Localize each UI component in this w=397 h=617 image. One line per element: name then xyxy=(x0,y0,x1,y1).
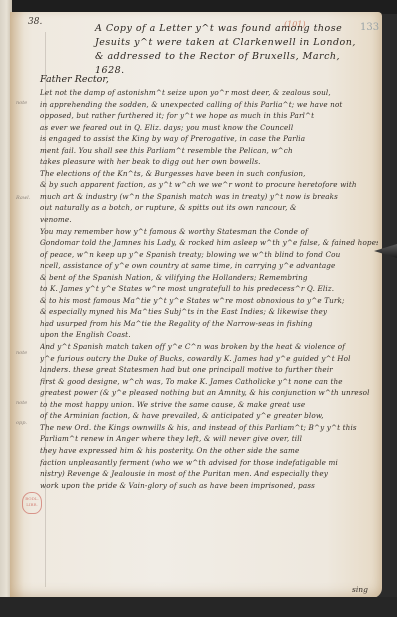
catchword: sing xyxy=(352,585,368,594)
body-line: upon the English Coast. xyxy=(40,329,378,341)
margin-note: note xyxy=(16,100,27,106)
body-line: And y^t Spanish match taken off y^e C^n … xyxy=(40,341,378,353)
body-line: is engaged to assist the King by way of … xyxy=(40,133,378,145)
scan-bottom-border xyxy=(0,597,397,617)
letter-heading: A Copy of a Letter y^t was found among t… xyxy=(95,22,365,78)
body-line: The new Ord. the Kings ownwills & his, a… xyxy=(40,422,378,434)
margin-note: note xyxy=(16,400,27,406)
folio-number-left: 38. xyxy=(28,17,42,27)
body-line: to K. James y^t y^e States w^re most ung… xyxy=(40,283,378,295)
body-line: & bent of the Spanish Nation, & vilifyin… xyxy=(40,272,378,284)
body-line: ncell, assistance of y^e own country at … xyxy=(40,260,378,272)
body-line: had usurped from his Ma^tie the Regality… xyxy=(40,318,378,330)
body-line: & by such apparent faction, as y^t w^ch … xyxy=(40,179,378,191)
body-line: out naturally as a botch, or rupture, & … xyxy=(40,202,378,214)
body-line: in apprehending the sodden, & unexpected… xyxy=(40,99,378,111)
body-line: Let not the damp of astonishm^t seize up… xyxy=(40,87,378,99)
body-line: first & good designe, w^ch was, To make … xyxy=(40,376,378,388)
body-line: & especially myned his Ma^ties Subj^ts i… xyxy=(40,306,378,318)
body-line: You may remember how y^t famous & worthy… xyxy=(40,226,378,238)
heading-line: A Copy of a Letter y^t was found among t… xyxy=(95,22,365,36)
body-line: to the most happy union. We strive the s… xyxy=(40,399,378,411)
body-line: of the Arminian faction, & have prevaile… xyxy=(40,410,378,422)
heading-line: & addressed to the Rector of Bruxells, M… xyxy=(95,50,365,78)
body-line: of peace, w^n keep up y^e Spanish treaty… xyxy=(40,249,378,261)
body-line: takes pleasure with her beak to digg out… xyxy=(40,156,378,168)
body-line: they have expressed him & his posterity.… xyxy=(40,445,378,457)
margin-note: Rawl. xyxy=(16,195,30,201)
body-line: nistry) Revenge & Jealousie in most of t… xyxy=(40,468,378,480)
heading-line: Jesuits y^t were taken at Clarkenwell in… xyxy=(95,36,365,50)
body-line: & to his most famous Ma^tie y^t y^e Stat… xyxy=(40,295,378,307)
margin-note: opp. xyxy=(16,420,27,426)
salutation: Father Rector, xyxy=(40,74,109,85)
margin-note: note xyxy=(16,350,27,356)
body-line: venome. xyxy=(40,214,378,226)
body-line: The elections of the Kn^ts, & Burgesses … xyxy=(40,168,378,180)
body-line: work upon the pride & Vain-glory of such… xyxy=(40,480,378,492)
body-line: faction unpleasantly ferment (who we w^t… xyxy=(40,457,378,469)
body-line: opposed, but rather furthered it; for y^… xyxy=(40,110,378,122)
body-line: Parliam^t renew in Anger where they left… xyxy=(40,433,378,445)
body-line: ment fail. You shall see this Parliam^t … xyxy=(40,145,378,157)
body-line: Gondomar told the Jamnes his Lady, & roc… xyxy=(40,237,378,249)
body-line: greatest power (& y^e pleased nothing bu… xyxy=(40,387,378,399)
library-stamp: BODL. LIBR. xyxy=(22,492,42,514)
body-line: much art & industry (w^n the Spanish mat… xyxy=(40,191,378,203)
letter-body: Let not the damp of astonishm^t seize up… xyxy=(40,87,378,491)
body-line: y^e furious outcry the Duke of Bucks, co… xyxy=(40,353,378,365)
body-line: as ever we feared out in Q. Eliz. days; … xyxy=(40,122,378,134)
body-line: landers. these great Statesmen had but o… xyxy=(40,364,378,376)
